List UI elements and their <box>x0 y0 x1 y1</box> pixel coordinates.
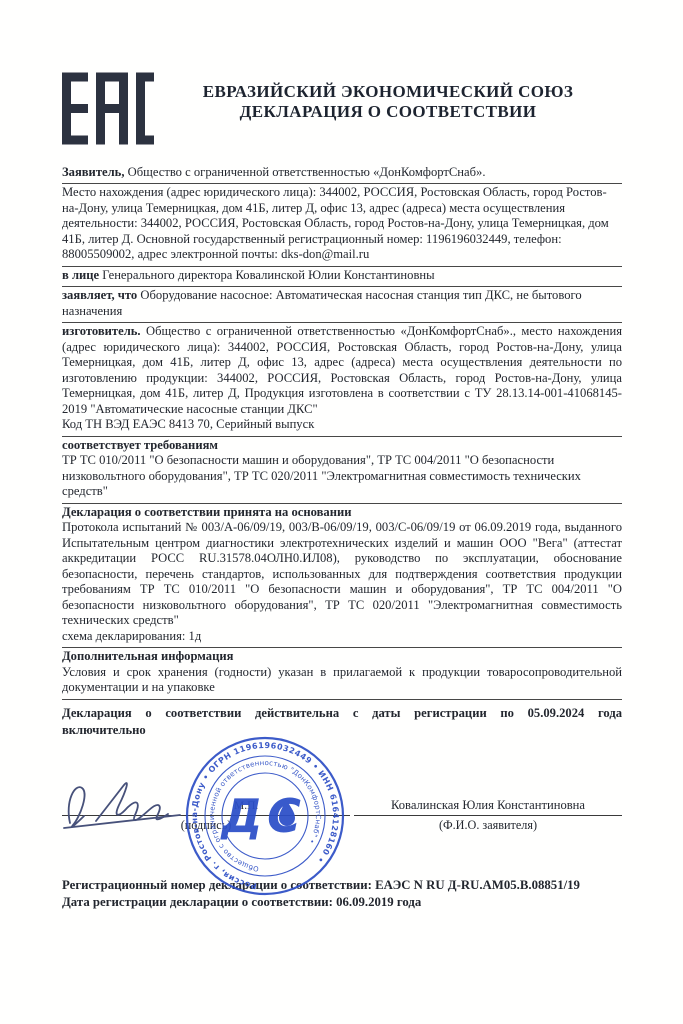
registration-number-value: ЕАЭС N RU Д-RU.АМ05.В.08851/19 <box>375 878 580 892</box>
person-text: Генерального директора Ковалинской Юлии … <box>102 268 434 282</box>
fullname-caption: (Ф.И.О. заявителя) <box>354 818 622 833</box>
requirements-text: ТР ТС 010/2011 "О безопасности машин и о… <box>62 453 622 499</box>
section-applicant: Заявитель, Общество с ограниченной ответ… <box>62 164 622 184</box>
document-title: ЕВРАЗИЙСКИЙ ЭКОНОМИЧЕСКИЙ СОЮЗ ДЕКЛАРАЦИ… <box>154 72 622 122</box>
signature-area: М.П. Россия, г. Ростов-на-Дону • ОГРН 11… <box>62 751 622 863</box>
applicant-fullname: Ковалинская Юлия Константиновна <box>354 798 622 813</box>
declaration-title: ДЕКЛАРАЦИЯ О СООТВЕТСТВИИ <box>154 102 622 122</box>
union-title: ЕВРАЗИЙСКИЙ ЭКОНОМИЧЕСКИЙ СОЮЗ <box>154 82 622 102</box>
fullname-line <box>354 815 622 816</box>
address-text: Место нахождения (адрес юридического лиц… <box>62 185 622 262</box>
additional-info-heading: Дополнительная информация <box>62 649 622 664</box>
manufacturer-label: изготовитель. <box>62 324 141 338</box>
manufacturer-text: Общество с ограниченной ответственностью… <box>62 324 622 415</box>
declares-label: заявляет, что <box>62 288 137 302</box>
tnved-code-line: Код ТН ВЭД ЕАЭС 8413 70, Серийный выпуск <box>62 417 622 432</box>
document-content: ЕВРАЗИЙСКИЙ ЭКОНОМИЧЕСКИЙ СОЮЗ ДЕКЛАРАЦИ… <box>62 72 622 912</box>
section-manufacturer: изготовитель. Общество с ограниченной от… <box>62 323 622 436</box>
section-additional-info: Дополнительная информация Условия и срок… <box>62 648 622 699</box>
section-person: в лице Генерального директора Ковалинско… <box>62 267 622 287</box>
applicant-label: Заявитель, <box>62 165 124 179</box>
document-body: Заявитель, Общество с ограниченной ответ… <box>62 164 622 912</box>
additional-info-text: Условия и срок хранения (годности) указа… <box>62 665 622 696</box>
eac-logo <box>62 72 154 150</box>
document-header: ЕВРАЗИЙСКИЙ ЭКОНОМИЧЕСКИЙ СОЮЗ ДЕКЛАРАЦИ… <box>62 72 622 150</box>
declaration-scheme: схема декларирования: 1д <box>62 629 622 644</box>
section-declares: заявляет, что Оборудование насосное: Авт… <box>62 287 622 323</box>
declares-text: Оборудование насосное: Автоматическая на… <box>62 288 582 317</box>
handwritten-signature <box>62 773 222 831</box>
stamp-monogram-d: Д <box>220 789 263 843</box>
applicant-text: Общество с ограниченной ответственностью… <box>128 165 486 179</box>
person-label: в лице <box>62 268 99 282</box>
declaration-document: ЕВРАЗИЙСКИЙ ЭКОНОМИЧЕСКИЙ СОЮЗ ДЕКЛАРАЦИ… <box>0 0 683 1024</box>
section-basis: Декларация о соответствии принята на осн… <box>62 504 622 648</box>
basis-text: Протокола испытаний № 003/А-06/09/19, 00… <box>62 520 622 628</box>
basis-heading: Декларация о соответствии принята на осн… <box>62 505 622 520</box>
eac-mark-icon <box>62 72 154 145</box>
section-address: Место нахождения (адрес юридического лиц… <box>62 184 622 266</box>
section-requirements: соответствует требованиям ТР ТС 010/2011… <box>62 437 622 504</box>
requirements-heading: соответствует требованиям <box>62 438 622 453</box>
